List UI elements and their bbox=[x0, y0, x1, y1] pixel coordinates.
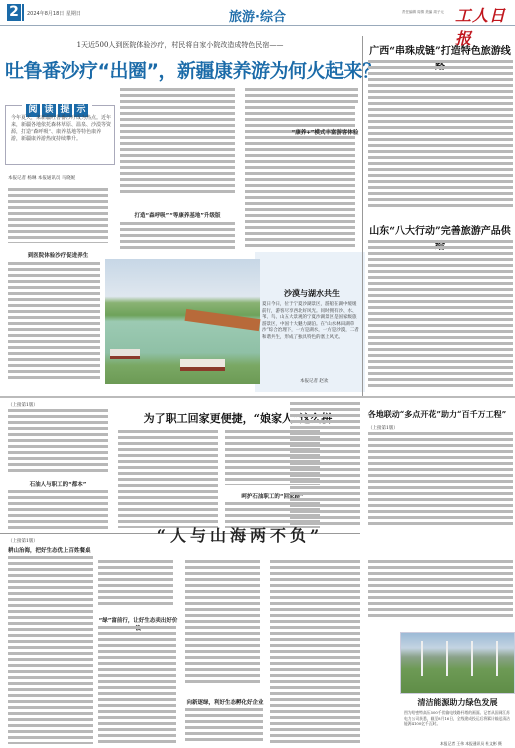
photo-feature-title: 沙漠与湖水共生 bbox=[262, 288, 362, 299]
workers-source: （上接第1版） bbox=[8, 402, 38, 408]
main-body-col3 bbox=[245, 88, 355, 250]
power-line-photo[interactable] bbox=[400, 632, 515, 694]
project-body bbox=[368, 432, 513, 528]
guangxi-body bbox=[368, 60, 513, 210]
mountain-subhead-3: 向新逐绿，利好生态孵化好企业 bbox=[185, 698, 265, 706]
mountain-body-col2b bbox=[98, 626, 176, 744]
main-subhead-1: 打造“森呼吸”“等康养基地”升级版 bbox=[120, 211, 235, 219]
energy-photo-title: 清洁能源助力绿色发展 bbox=[400, 697, 515, 708]
mountain-body-col3b bbox=[185, 708, 263, 744]
photo-feature-text: 夏日今日，位于宁夏沙湖景区，游船在湖中缓缓前行，游客尽享西北好风光。同时拥有沙、… bbox=[262, 302, 360, 341]
pylon-shape bbox=[471, 641, 473, 676]
project-source: （上接第1版） bbox=[368, 425, 398, 431]
mountain-body-col3a bbox=[185, 560, 260, 685]
main-subhead-2: “康养+”模式丰富游客体验 bbox=[290, 128, 360, 136]
mountain-source: （上接第1版） bbox=[8, 538, 38, 544]
shandong-body bbox=[368, 240, 513, 390]
section-title: 旅游·综合 bbox=[0, 6, 515, 25]
energy-photo-credit: 本报记者 王伟 本报通讯员 杜文彬 摄 bbox=[440, 741, 502, 747]
main-headline[interactable]: 吐鲁番沙疗“出圈”，新疆康养游为何火起来？ bbox=[5, 56, 360, 83]
column-rule bbox=[362, 36, 363, 396]
main-kicker: 1天近500人到医院体验沙疗，村民将自家小院改造成特色民宿—— bbox=[0, 40, 360, 50]
main-body-col1 bbox=[8, 188, 108, 243]
project-headline[interactable]: 各地联动“多点开花”助力“百千万工程” bbox=[362, 409, 512, 420]
workers-body-col4 bbox=[290, 402, 360, 528]
pylon-shape bbox=[496, 641, 498, 676]
workers-subhead-1: 石油人与职工的“都本” bbox=[8, 480, 108, 488]
mountain-subhead-1: 耕山治海，把好生态优上百姓餐桌 bbox=[8, 546, 93, 554]
section-divider bbox=[0, 396, 515, 398]
boardwalk-shape bbox=[185, 309, 261, 331]
boat-shape bbox=[110, 349, 140, 359]
boat-shape bbox=[180, 359, 225, 371]
mountain-headline[interactable]: “人与山海两不负” bbox=[115, 523, 365, 546]
workers-body-col1b bbox=[8, 490, 108, 530]
main-body-col2 bbox=[120, 88, 235, 196]
main-body-col2b bbox=[120, 222, 235, 250]
main-byline: 本报记者 杨琳 本报通讯员 马晓妮 bbox=[8, 175, 75, 181]
mountain-body-col2a bbox=[98, 560, 173, 608]
mountain-body-col4 bbox=[270, 560, 360, 744]
mountain-body-col1 bbox=[8, 556, 93, 744]
pylon-shape bbox=[421, 641, 423, 676]
workers-body-col2 bbox=[118, 430, 218, 528]
project-body-cont bbox=[368, 560, 513, 620]
reading-tip-label: 阅读提示 bbox=[22, 97, 92, 111]
editor-credits: 责任编辑 周倩 美编 周子元 bbox=[402, 10, 444, 15]
photo-feature-credit: 本报记者 赵欢 bbox=[300, 378, 328, 384]
energy-photo-caption: 图为哈密特高压500千伏输电线路杆塔的画面。记者从国网江苏电力公司获悉，截至8月… bbox=[404, 710, 512, 727]
main-body-col4a bbox=[290, 88, 358, 106]
pylon-shape bbox=[446, 641, 448, 676]
lake-photo[interactable] bbox=[105, 259, 260, 384]
main-body-col1b bbox=[8, 262, 100, 382]
workers-body-col1 bbox=[8, 409, 108, 475]
reading-tip-text: 今年夏天，来新疆吐鲁番沙疗成为热点。近年来，新疆各地依托森林草原、温泉、沙漠等资… bbox=[11, 115, 111, 143]
main-subhead-3: 到医院体验沙疗促进养生 bbox=[8, 251, 108, 259]
